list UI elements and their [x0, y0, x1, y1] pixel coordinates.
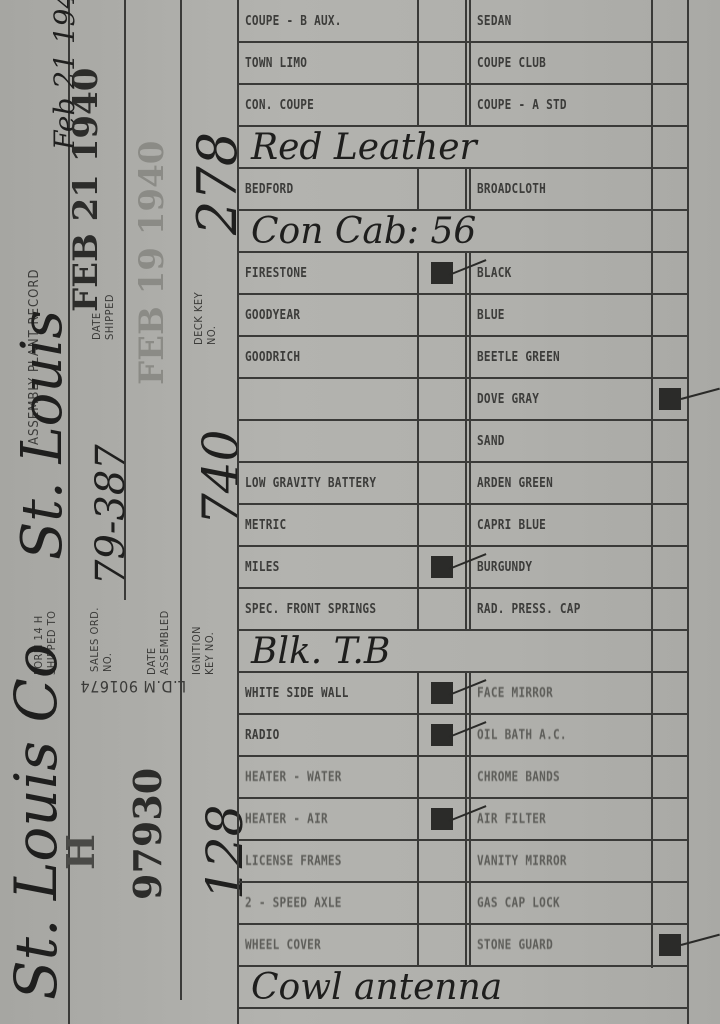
cell-divider	[469, 756, 471, 798]
cell-divider	[465, 294, 467, 336]
options-grid: COUPE - B AUX.SEDANTOWN LIMOCOUPE CLUBCO…	[237, 0, 689, 1024]
option-label-right: BEETLE GREEN	[477, 350, 560, 365]
date-shipped-label: DATE SHIPPED	[90, 280, 116, 340]
option-row: BEDFORDBROADCLOTH	[237, 168, 689, 210]
option-checkbox-left[interactable]	[419, 462, 465, 504]
option-checkbox-right[interactable]	[653, 546, 687, 588]
option-row: TOWN LIMOCOUPE CLUB	[237, 42, 689, 84]
handwritten-note-row: Blk. T.B	[237, 630, 689, 672]
shipped-to-value: St. Louis	[10, 310, 75, 560]
option-label-left: SPEC. FRONT SPRINGS	[245, 602, 376, 617]
option-checkbox-right[interactable]	[653, 0, 687, 42]
option-checkbox-left[interactable]	[419, 588, 465, 630]
option-label-left: HEATER - AIR	[245, 812, 328, 827]
date-assembled-stamp: FEB 19 1940	[132, 141, 172, 385]
cell-divider	[465, 756, 467, 798]
option-checkbox-left[interactable]	[419, 840, 465, 882]
option-checkbox-left[interactable]	[419, 798, 465, 840]
cell-divider	[469, 336, 471, 378]
option-row: METRICCAPRI BLUE	[237, 504, 689, 546]
option-checkbox-right[interactable]	[653, 672, 687, 714]
assembly-plant-record-card: ASSEMBLY PLANT RECORD Feb 21 1940 FEB 21…	[0, 0, 720, 1024]
cell-divider	[465, 336, 467, 378]
option-label-right: STONE GUARD	[477, 938, 553, 953]
handwritten-note: Cowl antenna	[237, 967, 502, 1008]
option-row: COUPE - B AUX.SEDAN	[237, 0, 689, 42]
option-checkbox-right[interactable]	[653, 42, 687, 84]
option-checkbox-left[interactable]	[419, 0, 465, 42]
option-checkbox-left[interactable]	[419, 756, 465, 798]
option-label-left: WHITE SIDE WALL	[245, 686, 349, 701]
option-label-right: FACE MIRROR	[477, 686, 553, 701]
cell-divider	[465, 420, 467, 462]
option-label-left: 2 - SPEED AXLE	[245, 896, 342, 911]
option-row: SAND	[237, 420, 689, 462]
option-checkbox-right[interactable]	[653, 882, 687, 924]
option-label-left: TOWN LIMO	[245, 56, 307, 71]
option-checkbox-right[interactable]	[653, 588, 687, 630]
date-shipped-stamp: FEB 21 1940	[66, 68, 106, 312]
cell-divider	[465, 882, 467, 924]
option-row: WHITE SIDE WALLFACE MIRROR	[237, 672, 689, 714]
option-label-right: ARDEN GREEN	[477, 476, 553, 491]
sales-order-label: SALES ORD. NO.	[88, 602, 114, 672]
option-label-left: LICENSE FRAMES	[245, 854, 342, 869]
cell-divider	[469, 42, 471, 84]
cell-divider	[469, 168, 471, 210]
handwritten-note: Red Leather	[237, 127, 477, 168]
option-label-right: VANITY MIRROR	[477, 854, 567, 869]
option-checkbox-right[interactable]	[653, 504, 687, 546]
option-label-right: SEDAN	[477, 14, 512, 29]
option-row: HEATER - AIRAIR FILTER	[237, 798, 689, 840]
option-label-left: CON. COUPE	[245, 98, 314, 113]
handwritten-note-row: Red Leather	[237, 126, 689, 168]
option-checkbox-right[interactable]	[653, 798, 687, 840]
cell-divider	[465, 378, 467, 420]
option-checkbox-left[interactable]	[419, 504, 465, 546]
cell-divider	[465, 924, 467, 966]
cell-divider	[465, 504, 467, 546]
option-row: FIRESTONEBLACK	[237, 252, 689, 294]
option-row: WHEEL COVERSTONE GUARD	[237, 924, 689, 966]
cell-divider	[465, 168, 467, 210]
option-label-right: COUPE CLUB	[477, 56, 546, 71]
date-assembled-label: DATE ASSEMBLED	[145, 585, 171, 675]
option-checkbox-right[interactable]	[653, 756, 687, 798]
option-checkbox-right[interactable]	[653, 840, 687, 882]
cell-divider	[469, 0, 471, 42]
cell-divider	[465, 252, 467, 294]
option-checkbox-left[interactable]	[419, 84, 465, 126]
option-row: 2 - SPEED AXLEGAS CAP LOCK	[237, 882, 689, 924]
shipped-to-value-2: St. Louis Co	[2, 643, 70, 1000]
cell-divider	[465, 546, 467, 588]
cell-divider	[469, 294, 471, 336]
option-label-right: BLACK	[477, 266, 512, 281]
option-checkbox-right[interactable]	[653, 462, 687, 504]
option-checkbox-left[interactable]	[419, 420, 465, 462]
cell-divider	[469, 798, 471, 840]
cell-divider	[465, 462, 467, 504]
option-checkbox-right[interactable]	[653, 714, 687, 756]
option-checkbox-left[interactable]	[419, 168, 465, 210]
handwritten-note-row: Con Cab: 56	[237, 210, 689, 252]
option-checkbox-left[interactable]	[419, 336, 465, 378]
cell-divider	[465, 588, 467, 630]
ldm-number: L.D.M 901674	[80, 680, 186, 693]
option-checkbox-left[interactable]	[419, 546, 465, 588]
sales-order-value: 79-387	[88, 444, 134, 585]
handwritten-note: Con Cab: 56	[237, 211, 476, 252]
cell-divider	[465, 84, 467, 126]
deck-key-label: DECK KEY NO.	[192, 285, 218, 345]
option-label-right: AIR FILTER	[477, 812, 546, 827]
option-checkbox-right[interactable]	[653, 420, 687, 462]
option-row: HEATER - WATERCHROME BANDS	[237, 756, 689, 798]
option-label-left: WHEEL COVER	[245, 938, 321, 953]
option-label-left: COUPE - B AUX.	[245, 14, 342, 29]
cell-divider	[469, 672, 471, 714]
check-stroke-icon	[681, 388, 720, 400]
option-label-right: RAD. PRESS. CAP	[477, 602, 581, 617]
stamp-number: 97930	[125, 768, 170, 900]
ignition-key-label: IGNITION KEY NO.	[190, 605, 216, 675]
cell-divider	[465, 798, 467, 840]
option-checkbox-left[interactable]	[419, 714, 465, 756]
cell-divider	[465, 672, 467, 714]
option-row: LICENSE FRAMESVANITY MIRROR	[237, 840, 689, 882]
cell-divider	[469, 252, 471, 294]
cell-divider	[469, 882, 471, 924]
option-row: RADIOOIL BATH A.C.	[237, 714, 689, 756]
option-checkbox-left[interactable]	[419, 672, 465, 714]
option-label-left: GOODYEAR	[245, 308, 300, 323]
cell-divider	[469, 714, 471, 756]
option-label-right: BROADCLOTH	[477, 182, 546, 197]
option-label-right: CAPRI BLUE	[477, 518, 546, 533]
option-label-left: BEDFORD	[245, 182, 293, 197]
option-label-left: METRIC	[245, 518, 286, 533]
option-label-right: OIL BATH A.C.	[477, 728, 567, 743]
cell-divider	[469, 840, 471, 882]
divider	[180, 0, 182, 1000]
option-checkbox-right[interactable]	[653, 378, 687, 420]
option-checkbox-left[interactable]	[419, 924, 465, 966]
stamp-letter: H	[58, 834, 103, 870]
option-label-left: RADIO	[245, 728, 280, 743]
option-checkbox-left[interactable]	[419, 378, 465, 420]
option-label-right: BLUE	[477, 308, 505, 323]
option-label-left: LOW GRAVITY BATTERY	[245, 476, 376, 491]
option-checkbox-right[interactable]	[653, 336, 687, 378]
cell-divider	[469, 546, 471, 588]
cell-divider	[469, 420, 471, 462]
option-checkbox-left[interactable]	[419, 882, 465, 924]
cell-divider	[469, 462, 471, 504]
cell-divider	[465, 42, 467, 84]
option-label-left: HEATER - WATER	[245, 770, 342, 785]
option-checkbox-left[interactable]	[419, 294, 465, 336]
option-row: LOW GRAVITY BATTERYARDEN GREEN	[237, 462, 689, 504]
cell-divider	[465, 714, 467, 756]
option-checkbox-left[interactable]	[419, 42, 465, 84]
option-label-right: GAS CAP LOCK	[477, 896, 560, 911]
cell-divider	[465, 840, 467, 882]
cell-divider	[469, 924, 471, 966]
option-row: SPEC. FRONT SPRINGSRAD. PRESS. CAP	[237, 588, 689, 630]
option-label-right: BURGUNDY	[477, 560, 532, 575]
option-row: GOODYEARBLUE	[237, 294, 689, 336]
option-row: CON. COUPECOUPE - A STD	[237, 84, 689, 126]
check-stroke-icon	[681, 934, 720, 946]
checked-mark-icon	[659, 388, 681, 410]
option-row: MILESBURGUNDY	[237, 546, 689, 588]
option-label-left: GOODRICH	[245, 350, 300, 365]
option-checkbox-right[interactable]	[653, 252, 687, 294]
option-checkbox-left[interactable]	[419, 252, 465, 294]
cell-divider	[469, 378, 471, 420]
handwritten-note: Blk. T.B	[237, 631, 390, 672]
cell-divider	[469, 84, 471, 126]
option-checkbox-right[interactable]	[653, 924, 687, 966]
option-label-left: FIRESTONE	[245, 266, 307, 281]
handwritten-note-row: Cowl antenna	[237, 966, 689, 1008]
option-row: GOODRICHBEETLE GREEN	[237, 336, 689, 378]
option-checkbox-right[interactable]	[653, 294, 687, 336]
option-checkbox-right[interactable]	[653, 84, 687, 126]
cell-divider	[465, 0, 467, 42]
option-label-right: DOVE GRAY	[477, 392, 539, 407]
cell-divider	[469, 504, 471, 546]
option-label-right: CHROME BANDS	[477, 770, 560, 785]
option-label-left: MILES	[245, 560, 280, 575]
option-label-right: COUPE - A STD	[477, 98, 567, 113]
option-label-right: SAND	[477, 434, 505, 449]
option-row: DOVE GRAY	[237, 378, 689, 420]
cell-divider	[469, 588, 471, 630]
checked-mark-icon	[659, 934, 681, 956]
option-checkbox-right[interactable]	[653, 168, 687, 210]
